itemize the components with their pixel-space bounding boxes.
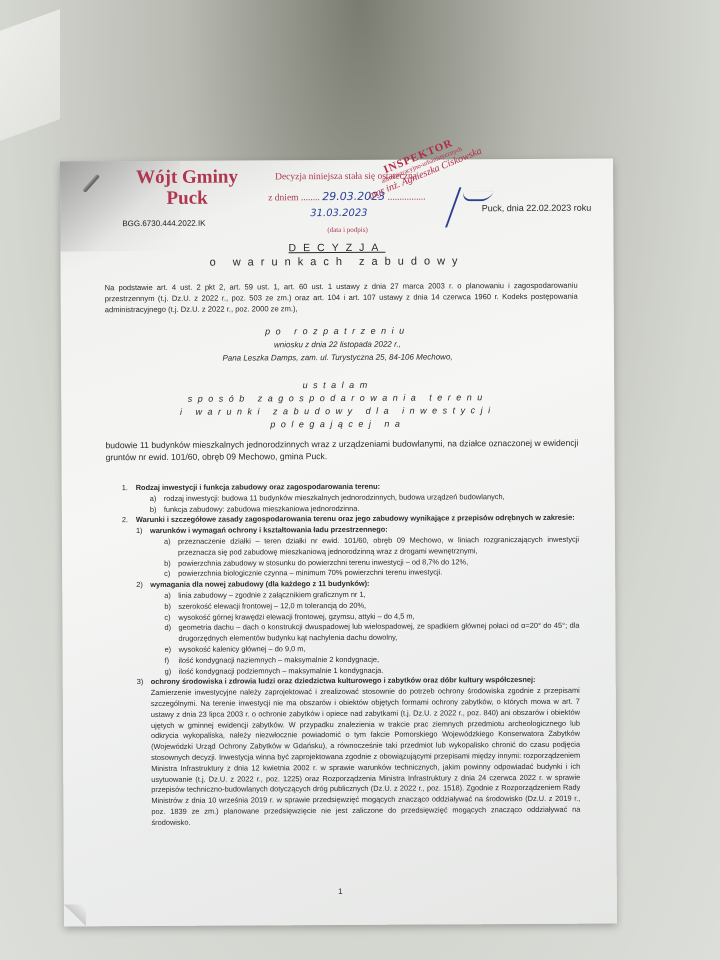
item-marker: c) (164, 569, 170, 580)
section-number: 2. (122, 515, 128, 526)
item-marker: b) (164, 558, 171, 569)
item-text: geometria dachu – dach o konstrukcji dwu… (178, 621, 579, 643)
item-text: powierzchnia biologicznie czynna – minim… (178, 568, 442, 578)
date-caption: (data i podpis) (327, 226, 367, 234)
section-1: 1. Rodzaj inwestycji i funkcja zabudowy … (122, 481, 579, 516)
determination-line4: polegającej na (61, 418, 614, 431)
subsection-heading: ochrony środowiska i zdrowia ludzi oraz … (151, 675, 536, 686)
consideration-line1: wniosku z dnia 22 listopada 2022 r., (61, 339, 614, 351)
item-marker: b) (164, 602, 171, 613)
finality-date-label: z dniem (268, 193, 298, 203)
subsection-2: 2) wymagania dla nowej zabudowy (dla każ… (136, 578, 580, 677)
subsection-heading: wymagania dla nowej zabudowy (dla każdeg… (150, 579, 369, 589)
item-marker: g) (165, 666, 172, 677)
item-text: ilość kondygnacji podziemnych – maksymal… (179, 665, 384, 675)
section-heading: Rodzaj inwestycji i funkcja zabudowy ora… (136, 482, 380, 492)
title-main: DECYZJA (289, 242, 386, 255)
subsection-marker: 1) (136, 526, 143, 537)
determination-line2: sposób zagospodarowania terenu (61, 392, 614, 405)
section-1-items: a)rodzaj inwestycji: budowa 11 budynków … (136, 492, 579, 516)
determination-line3: i warunki zabudowy dla inwestycji (61, 405, 614, 418)
item-text: linia zabudowy – zgodnie z załącznikiem … (178, 590, 365, 600)
item-marker: a) (164, 591, 171, 602)
item-text: szerokość elewacji frontowej – 12,0 m to… (178, 601, 366, 611)
item-marker: b) (150, 505, 157, 516)
section-number: 1. (122, 483, 128, 494)
authority-line1: Wójt Gminy (136, 167, 238, 189)
dotted-line: ................ (388, 193, 426, 203)
item-marker: a) (164, 537, 171, 548)
item-text: przeznaczenie działki – teren działki nr… (178, 535, 579, 557)
item-marker: a) (150, 494, 157, 505)
item-marker: c) (164, 612, 170, 623)
subsection-heading: warunków i wymagań ochrony i kształtowan… (150, 525, 388, 535)
subsection-1-items: a)przeznaczenie działki – teren działki … (150, 535, 579, 580)
list-item: a)przeznaczenie działki – teren działki … (164, 535, 579, 559)
document-subtitle: o warunkach zabudowy (61, 255, 614, 270)
item-marker: d) (164, 623, 171, 634)
list-item: d)geometria dachu – dach o konstrukcji d… (164, 621, 579, 645)
item-text: powierzchnia zabudowy w stosunku do powi… (178, 557, 468, 568)
second-date-handwritten: 31.03.2023 (310, 208, 367, 219)
item-text: wysokość kalenicy głównej – do 9,0 m, (179, 644, 306, 654)
authority-header: Wójt Gminy Puck (136, 167, 238, 210)
case-number: BGG.6730.444.2022.IK (122, 219, 205, 228)
item-marker: f) (165, 656, 170, 667)
item-text: rodzaj inwestycji: budowa 11 budynków mi… (164, 492, 505, 503)
authority-line2: Puck (136, 188, 238, 210)
consideration-heading: po rozpatrzeniu (61, 325, 614, 338)
item-text: ilość kondygnacji naziemnych – maksymaln… (179, 655, 380, 665)
place-date: Puck, dnia 22.02.2023 roku (482, 203, 592, 214)
section-2: 2. Warunki i szczegółowe zasady zagospod… (122, 513, 581, 828)
item-text: funkcja zabudowy: zabudowa mieszkaniowa … (164, 503, 360, 513)
finality-date-row: z dniem ........ 29.03.2023 ............… (268, 190, 426, 204)
investment-description: budowie 11 budynków mieszkalnych jednoro… (105, 437, 578, 463)
section-2-subsections: 1) warunków i wymagań ochrony i kształto… (136, 524, 581, 829)
staple-icon (82, 174, 100, 193)
conditions-list: 1. Rodzaj inwestycji i funkcja zabudowy … (122, 481, 581, 829)
subsection-marker: 2) (136, 580, 143, 591)
subsection-3-paragraph: Zamierzenie inwestycyjne należy zaprojek… (151, 686, 581, 829)
document-page: Wójt Gminy Puck BGG.6730.444.2022.IK Dec… (60, 159, 617, 927)
item-text: wysokość górnej krawędzi elewacji fronto… (178, 611, 414, 621)
item-marker: e) (165, 645, 172, 656)
determination-line1: ustalam (61, 379, 614, 392)
subsection-3: 3) ochrony środowiska i zdrowia ludzi or… (137, 675, 581, 828)
dotted-line: ........ (301, 193, 320, 203)
legal-basis: Na podstawie art. 4 ust. 2 pkt 2, art. 5… (105, 281, 578, 316)
subsection-1: 1) warunków i wymagań ochrony i kształto… (136, 524, 579, 580)
section-heading: Warunki i szczegółowe zasady zagospodaro… (136, 513, 575, 524)
subsection-2-items: a)linia zabudowy – zgodnie z załącznikie… (150, 589, 579, 678)
document-title: DECYZJA (60, 241, 613, 256)
folded-corner (64, 904, 86, 926)
background-light-patch (0, 9, 60, 141)
page-number: 1 (64, 886, 617, 898)
consideration-line2: Pana Leszka Damps, zam. ul. Turystyczna … (61, 352, 614, 364)
subsection-marker: 3) (137, 677, 144, 688)
